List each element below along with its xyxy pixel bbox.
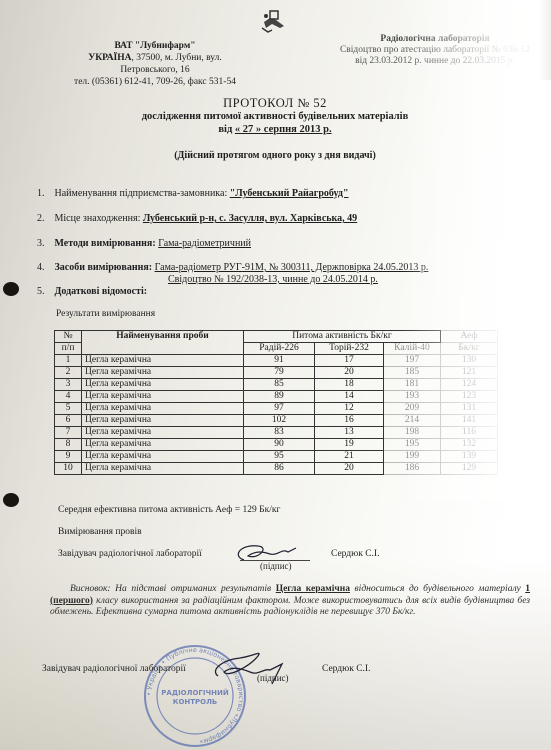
aef-value: 116: [441, 427, 498, 439]
aef-value: 124: [441, 379, 498, 391]
thorium-value: 13: [315, 427, 384, 439]
potassium-value: 185: [384, 367, 441, 379]
thorium-value: 18: [315, 379, 384, 391]
item-methods: 3. Методи вимірювання: Гама-радіометричн…: [37, 238, 251, 250]
thorium-value: 16: [315, 415, 384, 427]
row-number: 1: [55, 355, 82, 367]
sample-name: Цегла керамічна: [82, 427, 244, 439]
signature-icon: [210, 650, 290, 690]
potassium-value: 181: [384, 379, 441, 391]
sample-name: Цегла керамічна: [82, 439, 244, 451]
measured-by-label: Вимірювання провів: [58, 527, 142, 537]
col-name-header: Найменування проби: [82, 331, 244, 355]
potassium-value: 186: [384, 463, 441, 475]
conclusion: Висновок: На підставі отриманих результа…: [50, 584, 530, 619]
item-label: Місце знаходження:: [55, 213, 141, 224]
item-label: Засоби вимірювання:: [55, 262, 153, 273]
sample-name: Цегла керамічна: [82, 403, 244, 415]
radium-value: 97: [244, 403, 315, 415]
protocol-title-block: ПРОТОКОЛ № 52 дослідження питомої активн…: [100, 97, 450, 136]
lab-name: Радіологічна лабораторія: [330, 34, 540, 45]
signature-caption: (підпис): [257, 673, 289, 683]
row-number: 7: [55, 427, 82, 439]
average-activity: Середня ефективна питома активність Аеф …: [58, 505, 280, 515]
row-number: 4: [55, 391, 82, 403]
validity-note: (Дійсний протягом одного року з дня вида…: [100, 150, 450, 161]
col-num-header-2: п/п: [55, 343, 82, 355]
results-label: Результати вимірювання: [56, 309, 155, 319]
aef-value: 121: [441, 367, 498, 379]
radium-value: 83: [244, 427, 315, 439]
lab-certificate: Свідоцтво про атестацію лабораторії № 03…: [330, 45, 540, 56]
sample-name: Цегла керамічна: [82, 367, 244, 379]
thorium-value: 17: [315, 355, 384, 367]
results-table: № Найменування проби Питома активність Б…: [54, 330, 498, 475]
company-logo-icon: [258, 8, 288, 34]
conclusion-material: Цегла керамічна: [276, 584, 350, 594]
aef-value: 131: [441, 403, 498, 415]
item-number: 3.: [37, 238, 52, 250]
conclusion-text: Висновок: На підставі отриманих результа…: [50, 584, 276, 594]
radium-value: 79: [244, 367, 315, 379]
thorium-value: 12: [315, 403, 384, 415]
item-value: Свідоцтво № 192/2038-13, чинне до 24.05.…: [168, 274, 378, 285]
thorium-value: 19: [315, 439, 384, 451]
radium-value: 91: [244, 355, 315, 367]
row-number: 6: [55, 415, 82, 427]
aef-value: 130: [441, 355, 498, 367]
company-header: ВАТ "Лубнифарм" УКРАЇНАУКРАЇНА, 37500, м…: [60, 40, 250, 88]
item-instruments-cert: Свідоцтво № 192/2038-13, чинне до 24.05.…: [168, 274, 378, 286]
item-label: Найменування підприємства-замовника:: [55, 188, 228, 199]
signature-caption: (підпис): [260, 561, 292, 571]
table-row: 7Цегла керамічна8313198116: [55, 427, 498, 439]
date-prefix: від: [218, 124, 235, 135]
signer-position-1: Завідувач радіологічної лабораторії: [58, 549, 202, 559]
item-number: 4.: [37, 262, 52, 274]
signer-name-2: Сердюк С.І.: [322, 664, 370, 674]
aef-value: 141: [441, 415, 498, 427]
item-additional: 5. Додаткові відомості:: [37, 286, 147, 298]
table-row: 4Цегла керамічна8914193123: [55, 391, 498, 403]
company-name: ВАТ "Лубнифарм": [60, 40, 250, 52]
potassium-value: 214: [384, 415, 441, 427]
signer-position-2: Завідувач радіологічної лабораторії: [42, 664, 186, 674]
item-number: 2.: [37, 213, 52, 225]
potassium-value: 195: [384, 439, 441, 451]
radium-value: 86: [244, 463, 315, 475]
thorium-value: 14: [315, 391, 384, 403]
page-shadow: [539, 0, 551, 80]
sample-name: Цегла керамічна: [82, 451, 244, 463]
sample-name: Цегла керамічна: [82, 415, 244, 427]
thorium-value: 20: [315, 463, 384, 475]
col-num-header: №: [55, 331, 82, 343]
potassium-value: 209: [384, 403, 441, 415]
aef-value: 139: [441, 451, 498, 463]
sample-name: Цегла керамічна: [82, 391, 244, 403]
sample-name: Цегла керамічна: [82, 355, 244, 367]
punch-hole: [3, 282, 19, 296]
item-instruments: 4. Засоби вимірювання: Гама-радіометр РУ…: [37, 262, 428, 274]
item-value: "Лубенський Райагробуд": [230, 188, 349, 199]
item-location: 2. Місце знаходження: Лубенський р-н, с.…: [37, 213, 357, 225]
col-activity-group-header: Питома активність Бк/кг: [244, 331, 441, 343]
item-label: Методи вимірювання:: [55, 238, 156, 249]
potassium-value: 199: [384, 451, 441, 463]
item-value: Гама-радіометричний: [158, 238, 251, 249]
radium-value: 90: [244, 439, 315, 451]
company-address: УКРАЇНАУКРАЇНА, 37500, м. Лубни, вул. Пе…: [60, 52, 250, 76]
svg-text:КОНТРОЛЬ: КОНТРОЛЬ: [173, 698, 218, 706]
lab-cert-validity: від 23.03.2012 р. чинне до 22.03.2015 р.: [330, 56, 540, 67]
row-number: 3: [55, 379, 82, 391]
table-row: 9Цегла керамічна9521199139: [55, 451, 498, 463]
thorium-value: 21: [315, 451, 384, 463]
col-aef-header: Аеф: [441, 331, 498, 343]
radium-value: 85: [244, 379, 315, 391]
col-potassium-header: Калій-40: [384, 343, 441, 355]
table-row: 8Цегла керамічна9019195132: [55, 439, 498, 451]
potassium-value: 198: [384, 427, 441, 439]
protocol-date: « 27 » серпня 2013 р.: [235, 124, 332, 135]
aef-value: 129: [441, 463, 498, 475]
conclusion-text: класу використання за радіаційним фактор…: [50, 596, 530, 618]
potassium-value: 193: [384, 391, 441, 403]
item-label: Додаткові відомості:: [55, 286, 148, 297]
company-phones: тел. (05361) 612-41, 709-26, факс 531-54: [60, 76, 250, 88]
row-number: 2: [55, 367, 82, 379]
table-row: 1Цегла керамічна9117197130: [55, 355, 498, 367]
col-aef-unit-header: Бк/кг: [441, 343, 498, 355]
item-customer: 1. Найменування підприємства-замовника: …: [37, 188, 349, 200]
potassium-value: 197: [384, 355, 441, 367]
item-number: 1.: [37, 188, 52, 200]
table-row: 2Цегла керамічна7920185121: [55, 367, 498, 379]
radium-value: 89: [244, 391, 315, 403]
item-number: 5.: [37, 286, 52, 298]
sample-name: Цегла керамічна: [82, 463, 244, 475]
aef-value: 132: [441, 439, 498, 451]
item-value: Лубенський р-н, с. Засулля, вул. Харківс…: [143, 213, 357, 224]
col-thorium-header: Торій-232: [315, 343, 384, 355]
row-number: 8: [55, 439, 82, 451]
item-value: Гама-радіометр РУГ-91М, № 300311, Держпо…: [155, 262, 429, 273]
punch-hole: [3, 493, 19, 507]
protocol-document: ВАТ "Лубнифарм" УКРАЇНАУКРАЇНА, 37500, м…: [0, 0, 551, 750]
radium-value: 95: [244, 451, 315, 463]
thorium-value: 20: [315, 367, 384, 379]
conclusion-text: відноситься до будівельного матеріалу: [350, 584, 525, 594]
table-row: 3Цегла керамічна8518181124: [55, 379, 498, 391]
row-number: 9: [55, 451, 82, 463]
lab-header: Радіологічна лабораторія Свідоцтво про а…: [330, 34, 540, 67]
col-radium-header: Радій-226: [244, 343, 315, 355]
protocol-number: ПРОТОКОЛ № 52: [100, 97, 450, 110]
protocol-date-line: від « 27 » серпня 2013 р.: [100, 123, 450, 136]
protocol-subject: дослідження питомої активності будівельн…: [100, 110, 450, 123]
table-row: 5Цегла керамічна9712209131: [55, 403, 498, 415]
aef-value: 123: [441, 391, 498, 403]
row-number: 10: [55, 463, 82, 475]
table-row: 6Цегла керамічна10216214141: [55, 415, 498, 427]
sample-name: Цегла керамічна: [82, 379, 244, 391]
row-number: 5: [55, 403, 82, 415]
signer-name-1: Сердюк С.І.: [331, 549, 379, 559]
table-row: 10Цегла керамічна8620186129: [55, 463, 498, 475]
radium-value: 102: [244, 415, 315, 427]
